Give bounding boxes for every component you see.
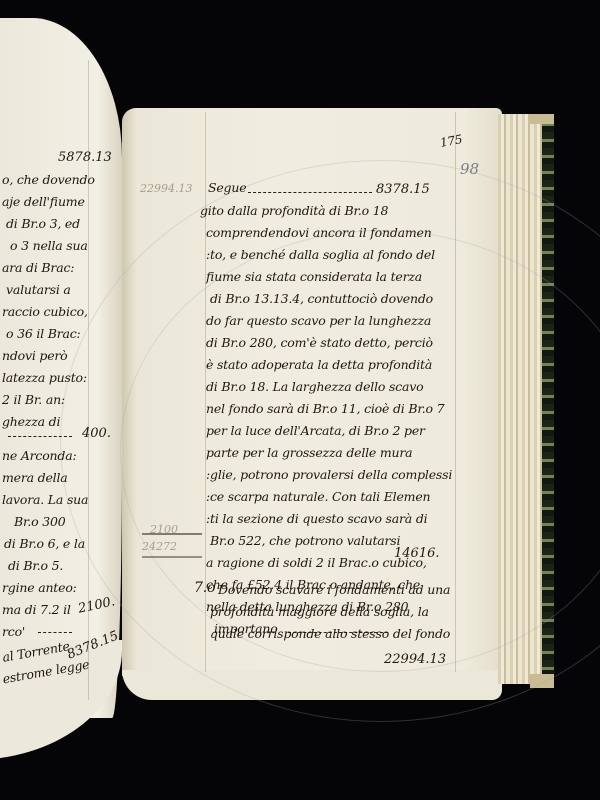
left-dash-leader	[38, 632, 72, 634]
left-line: raccio cubico,	[2, 304, 88, 319]
left-line: Br.o 300	[14, 514, 66, 529]
right-line: di Br.o 18. La larghezza dello scavo	[206, 379, 423, 394]
segue-header: Segue	[208, 180, 246, 195]
left-line: o 36 il Brac:	[6, 326, 81, 341]
left-line: ghezza di	[2, 414, 60, 429]
left-line: di Br.o 6, e la	[4, 536, 85, 551]
left-line: o, che dovendo	[2, 172, 95, 187]
item-number: 7.o	[194, 580, 215, 596]
left-line: ara di Brac:	[2, 260, 74, 275]
right-line: :to, e benché dalla soglia al fondo del	[206, 247, 435, 262]
left-line: di Br.o 5.	[8, 558, 63, 573]
faint-margin-note: 24272	[142, 540, 177, 553]
right-line: :glie, potrono provalersi della compless…	[206, 467, 452, 482]
right-line: di Br.o 13.13.4, contuttociò dovendo	[210, 291, 433, 306]
left-line: aje dell'fiume	[2, 194, 85, 209]
left-line: latezza pusto:	[2, 370, 87, 385]
left-line: 2 il Br. an:	[2, 392, 65, 407]
left-line: valutarsi a	[6, 282, 71, 297]
dash-leader	[248, 192, 372, 194]
cover-corner-top	[530, 114, 554, 124]
item7-line: quale corrisponde allo stesso del fondo	[210, 626, 450, 641]
right-line: è stato adoperata la detta profondità	[206, 357, 432, 372]
right-line: comprendendovi ancora il fondamen	[206, 225, 432, 240]
right-line: do far questo scavo per la lunghezza	[206, 313, 431, 328]
right-line: per la luce dell'Arcata, di Br.o 2 per	[206, 423, 425, 438]
right-line: gito dalla profondità di Br.o 18	[200, 203, 388, 218]
left-line: mera della	[2, 470, 68, 485]
left-line: o 3 nella sua	[10, 238, 88, 253]
right-line: :ti la sezione di questo scavo sarà di	[206, 511, 427, 526]
right-line: Br.o 522, che potrono valutarsi	[210, 533, 400, 548]
left-dash-leader	[8, 436, 72, 438]
left-amount-top: 5878.13	[58, 150, 112, 165]
strike-rule	[142, 556, 202, 558]
right-line: fiume sia stata considerata la terza	[206, 269, 422, 284]
faint-margin-note: 22994.13	[140, 182, 193, 195]
left-amount-mid: 400.	[82, 426, 111, 441]
total-amount: 22994.13	[384, 652, 446, 667]
left-line: di Br.o 3, ed	[6, 216, 80, 231]
line-amount: 14616.	[394, 546, 440, 561]
faint-margin-note: 2100	[150, 523, 178, 536]
left-line: rgine anteo:	[2, 580, 77, 595]
manuscript-photo: 5878.13 o, che dovendo aje dell'fiume di…	[0, 0, 600, 800]
left-line: ma di 7.2 il	[2, 602, 71, 617]
right-line: :ce scarpa naturale. Con tali Elemen	[206, 489, 430, 504]
left-line: lavora. La sua	[2, 492, 88, 507]
right-line: parte per la grossezza delle mura	[206, 445, 412, 460]
carried-amount: 8378.15	[376, 182, 430, 197]
item7-line: Dovendo scavare i fondamenti ad una	[218, 582, 450, 597]
left-line: rco'	[2, 624, 25, 639]
right-line: di Br.o 280, com'è stato detto, perciò	[206, 335, 433, 350]
right-line: nel fondo sarà di Br.o 11, cioè di Br.o …	[206, 401, 444, 416]
left-line: ndovi però	[2, 348, 68, 363]
pencil-page-number: 98	[460, 160, 479, 178]
item7-line: profondità maggiore della soglia, la	[210, 604, 429, 619]
left-line: ne Arconda:	[2, 448, 76, 463]
